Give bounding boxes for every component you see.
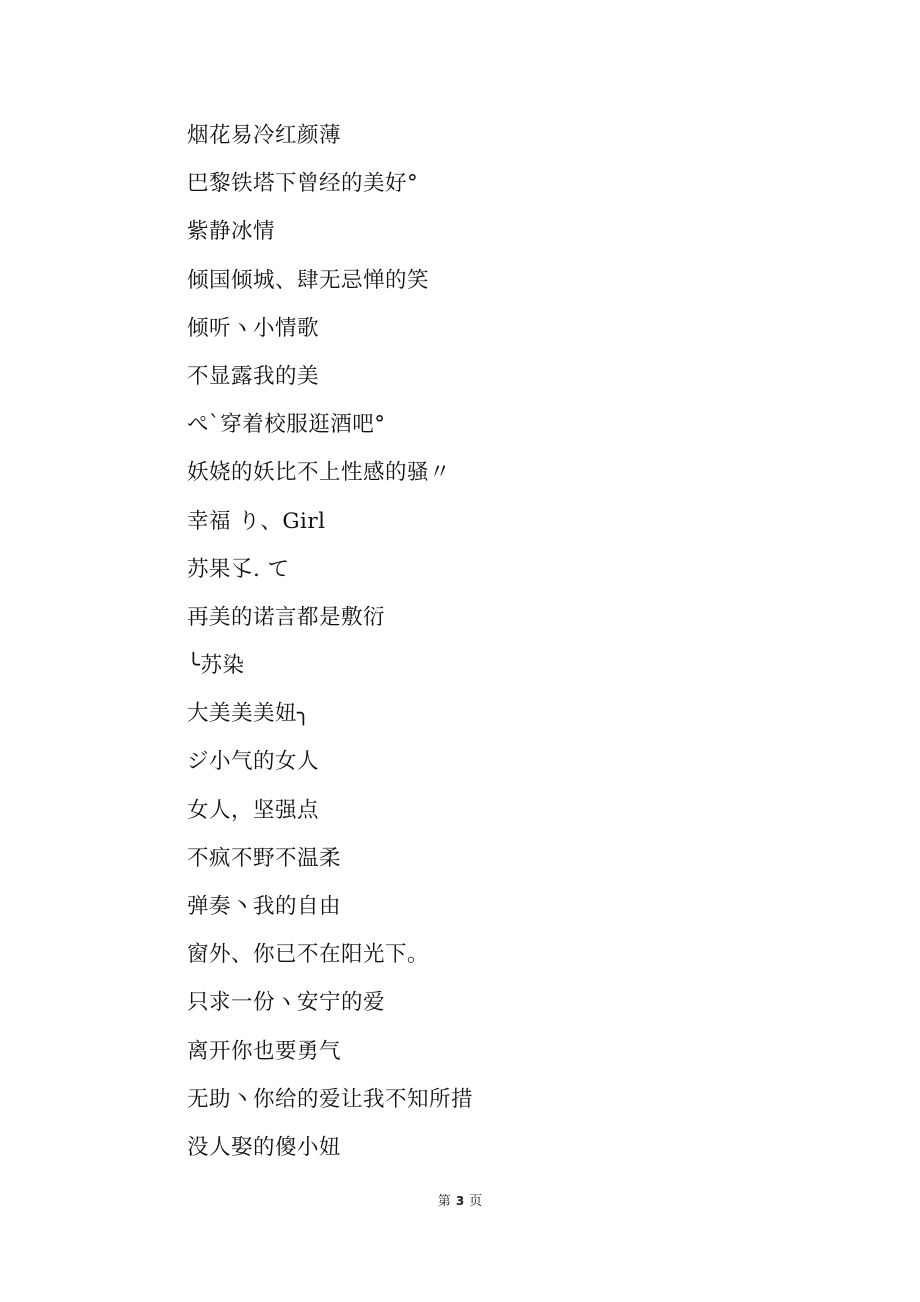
text-line: 倾听ヽ小情歌 [187, 309, 473, 357]
document-page: 烟花易冷红颜薄 巴黎铁塔下曾经的美好° 紫静冰情 倾国倾城、肆无忌惮的笑 倾听ヽ… [0, 0, 920, 1302]
text-line: 烟花易冷红颜薄 [187, 116, 473, 164]
page-number: 3 [456, 1194, 464, 1208]
page-label-prefix: 第 [438, 1194, 451, 1209]
text-line: ぺ`穿着校服逛酒吧° [187, 405, 473, 453]
text-line: 离开你也要勇气 [187, 1032, 473, 1080]
text-line: 不疯不野不温柔 [187, 839, 473, 887]
text-line: 再美的诺言都是敷衍 [187, 598, 473, 646]
text-line: 窗外、你已不在阳光下。 [187, 935, 473, 983]
text-line: 巴黎铁塔下曾经的美好° [187, 164, 473, 212]
page-footer: 第3页 [0, 1190, 920, 1209]
text-lines: 烟花易冷红颜薄 巴黎铁塔下曾经的美好° 紫静冰情 倾国倾城、肆无忌惮的笑 倾听ヽ… [187, 116, 473, 1176]
text-line: 紫静冰情 [187, 212, 473, 260]
text-line: ╰苏染 [187, 646, 473, 694]
text-line: 弹奏丶我的自由 [187, 887, 473, 935]
text-line: 倾国倾城、肆无忌惮的笑 [187, 261, 473, 309]
text-line: ジ小气的女人 [187, 742, 473, 790]
text-line: 女人，坚强点 [187, 791, 473, 839]
text-line: 无助丶你给的爱让我不知所措 [187, 1080, 473, 1128]
text-line: 大美美美妞╮ [187, 694, 473, 742]
text-line: 苏果孓. て [187, 550, 473, 598]
text-line: 只求一份ヽ安宁的爱 [187, 983, 473, 1031]
text-line: 妖娆的妖比不上性感的骚〃 [187, 453, 473, 501]
text-line: 没人娶的傻小妞 [187, 1128, 473, 1176]
page-label-suffix: 页 [469, 1194, 482, 1209]
text-line: 幸福 り、Girl [187, 502, 473, 550]
text-line: 不显露我的美 [187, 357, 473, 405]
